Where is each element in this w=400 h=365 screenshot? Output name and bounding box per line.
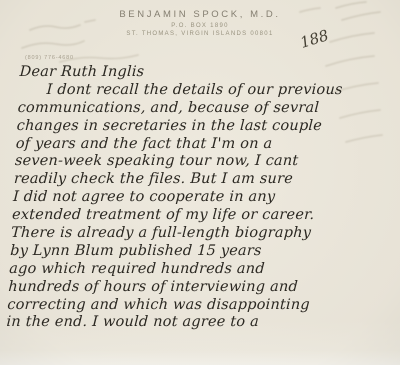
body-line: changes in secretaries in the last coupl… xyxy=(16,118,393,136)
body-line: hundreds of hours of interviewing and xyxy=(8,279,385,297)
body-line: by Lynn Blum published 15 years xyxy=(10,243,387,261)
body-line: of years and the fact that I'm on a xyxy=(15,136,392,154)
body-line: seven-week speaking tour now, I cant xyxy=(14,153,391,171)
scanned-letter-page: BENJAMIN SPOCK, M.D. P.O. BOX 1890 ST. T… xyxy=(0,0,400,365)
body-line: correcting and which was disappointing xyxy=(7,297,384,315)
body-line: in the end. I would not agree to a xyxy=(6,314,383,332)
body-line: extended treatment of my life or career. xyxy=(12,207,389,225)
body-line: I did not agree to cooperate in any xyxy=(12,189,389,207)
letterhead: BENJAMIN SPOCK, M.D. P.O. BOX 1890 ST. T… xyxy=(0,9,400,37)
salutation: Dear Ruth Inglis xyxy=(19,64,396,82)
body-line: communications, and, because of sevral xyxy=(17,100,394,118)
body-line: I dont recall the details of our previou… xyxy=(18,82,395,100)
body-line: There is already a full-length biography xyxy=(11,225,388,243)
handwritten-body: Dear Ruth Inglis I dont recall the detai… xyxy=(6,64,396,332)
body-line: readily check the files. But I am sure xyxy=(13,171,390,189)
body-line: ago which required hundreds and xyxy=(9,261,386,279)
letterhead-phone: (809) 776-4680 xyxy=(25,55,74,61)
letterhead-address-line1: P.O. BOX 1890 xyxy=(0,23,400,29)
letterhead-address-line2: ST. THOMAS, VIRGIN ISLANDS 00801 xyxy=(0,31,400,37)
letterhead-name: BENJAMIN SPOCK, M.D. xyxy=(0,9,400,20)
